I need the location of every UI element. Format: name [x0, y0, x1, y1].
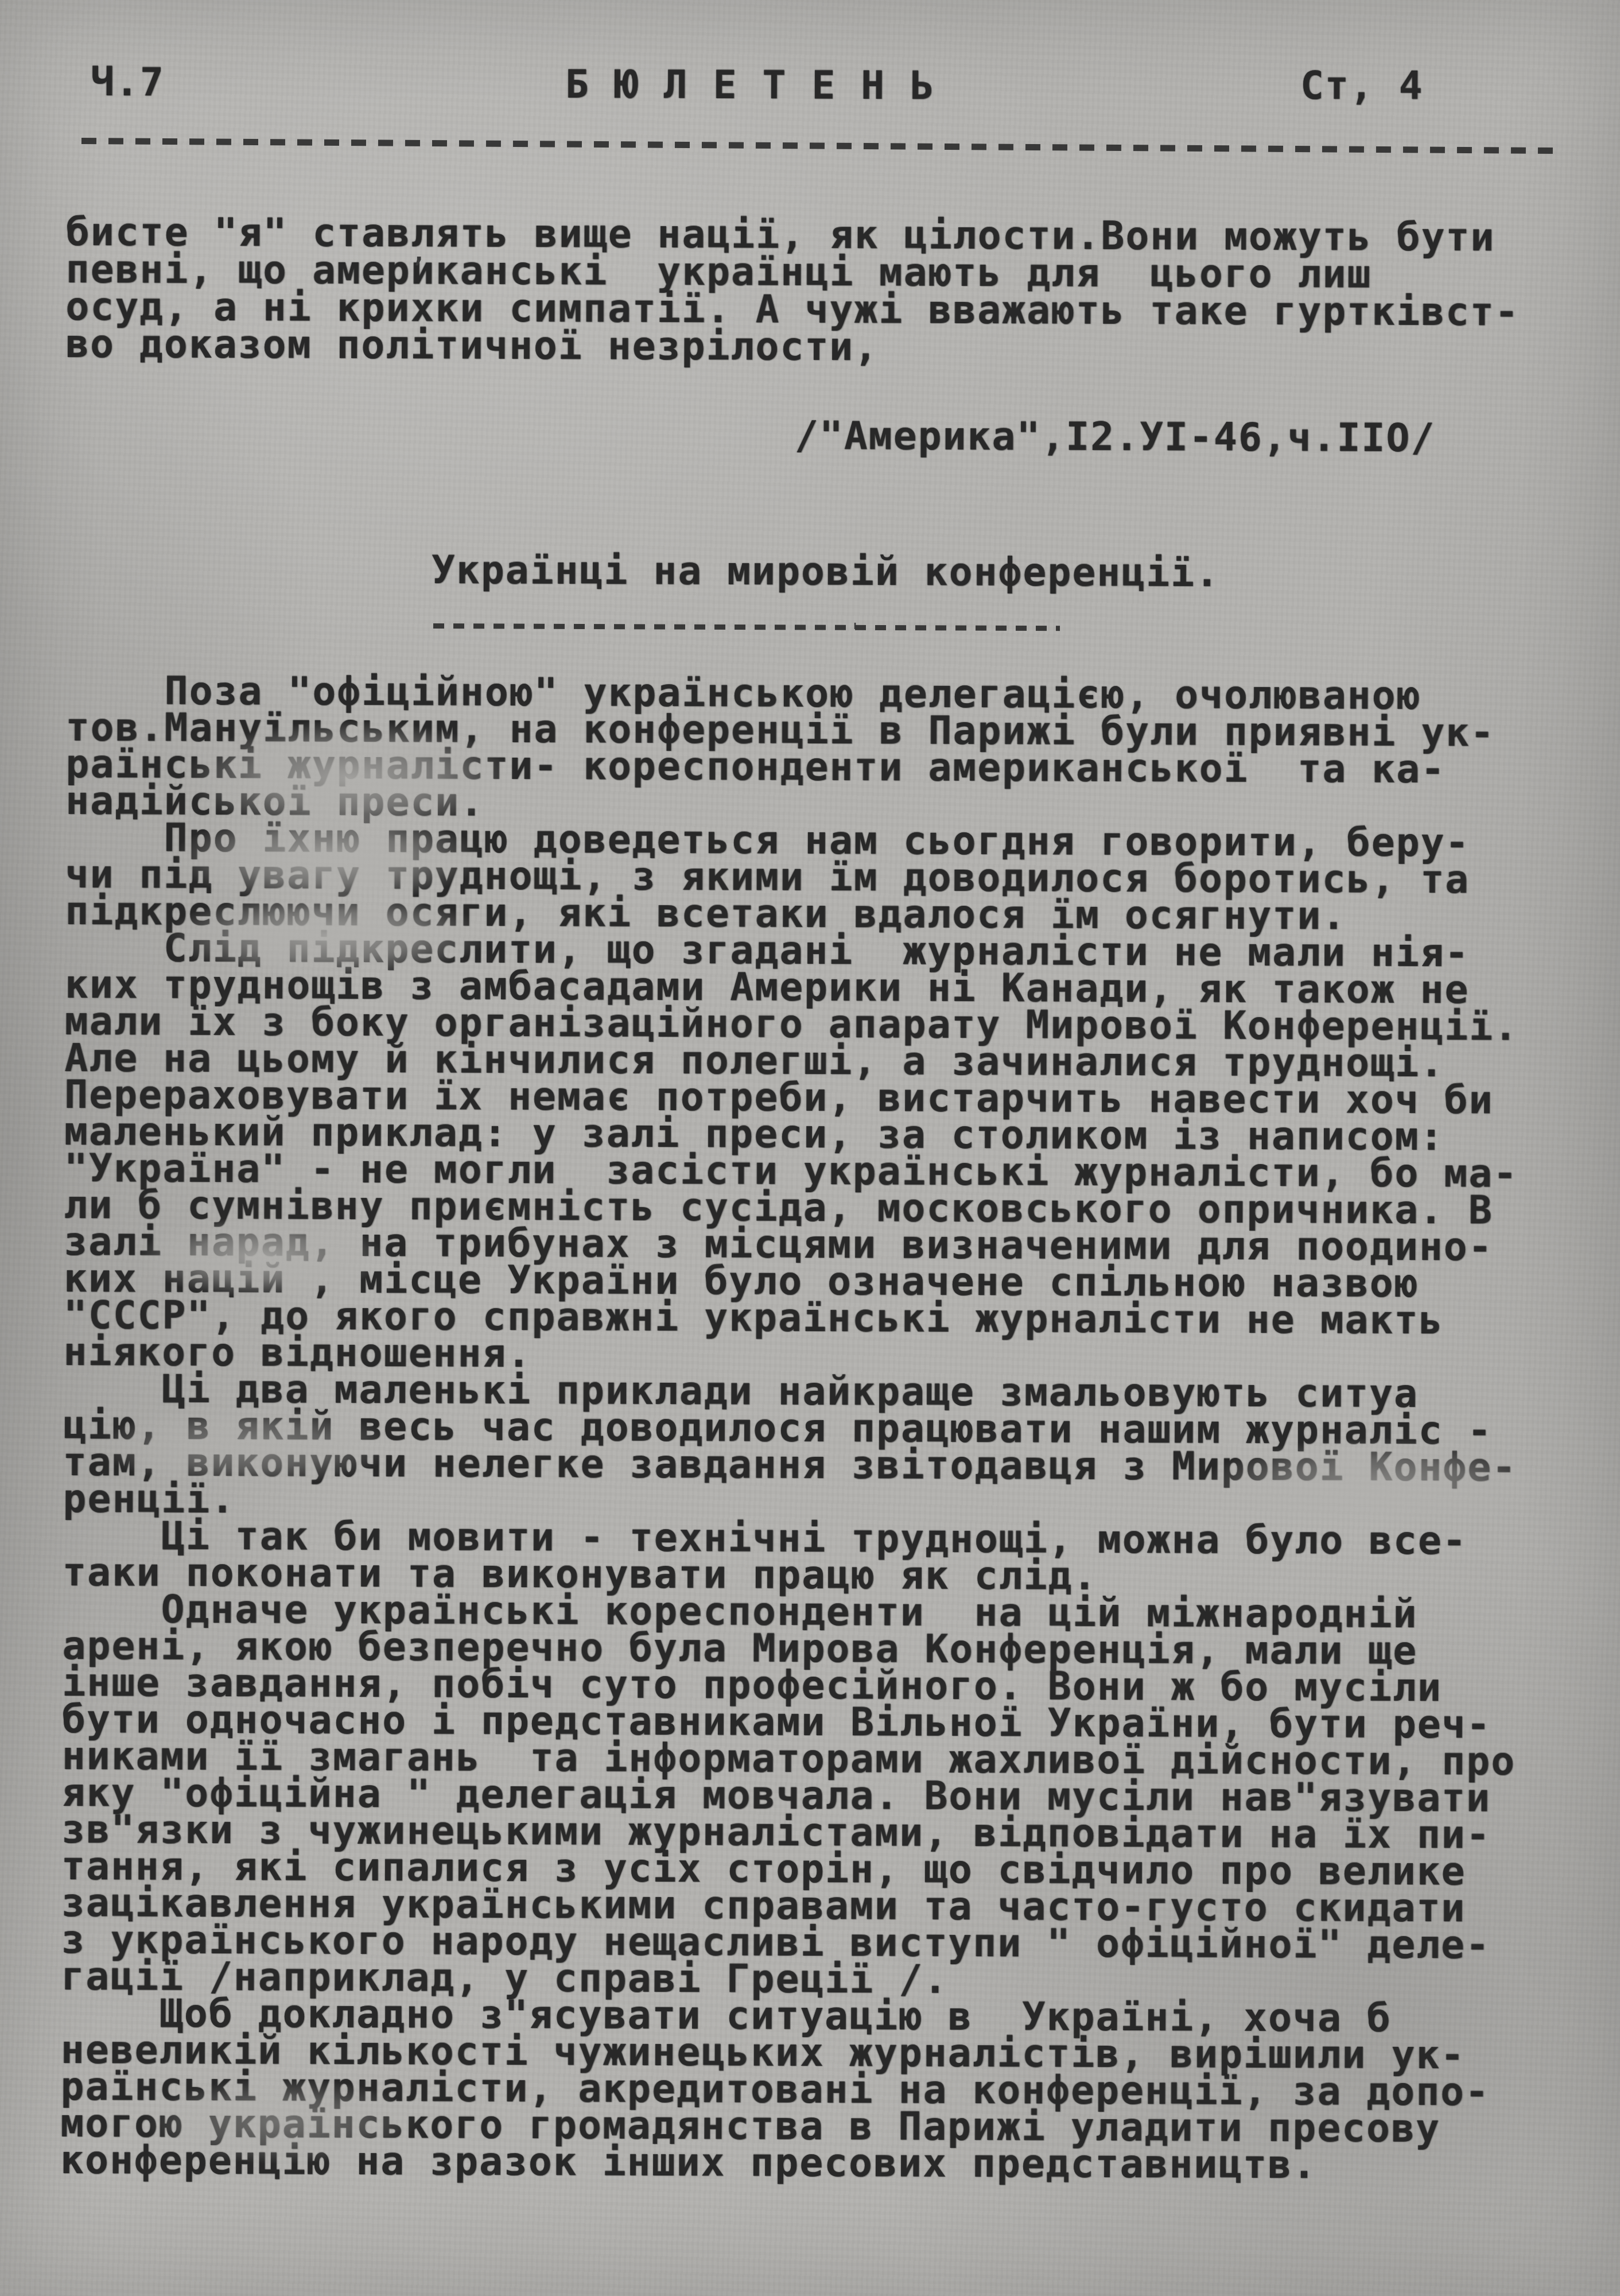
scanned-page: Ч.7 Б Ю Л Е Т Е Н Ь Ст, 4 бисте "я" став… [0, 0, 1620, 2296]
header-dashed-rule [81, 138, 1556, 154]
title-dashed-underline [433, 623, 1060, 631]
issue-number: Ч.7 [91, 64, 165, 101]
text-line: там, виконуючи нелегке завдання звітодав… [63, 1444, 1517, 1487]
scan-speck-artifact: ˈ [848, 620, 862, 646]
article-body: Поза "офіційною" українською делегацією,… [60, 673, 1520, 2185]
scan-speck-artifact: ’ [409, 251, 428, 288]
article-title: Українці на мировій конференції. [432, 552, 1220, 592]
text-line: конференцію на зразок інших пресових пре… [60, 2142, 1514, 2185]
page-number: Ст, 4 [1300, 68, 1424, 105]
masthead-title: Б Ю Л Е Т Е Н Ь [565, 67, 935, 104]
source-citation: /"Америка",І2.УІ-46,ч.ІІО/ [795, 418, 1436, 457]
intro-paragraph: бисте "я" ставлять вище нації, як цілост… [65, 214, 1520, 369]
